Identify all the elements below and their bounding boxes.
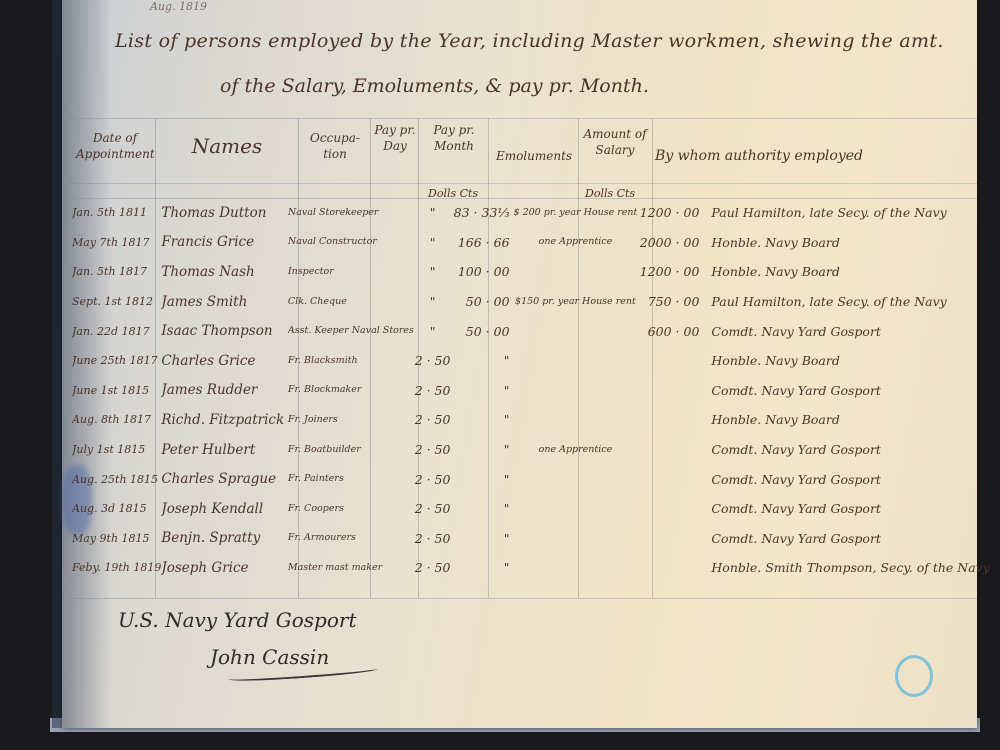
cell-name: James Rudder — [161, 376, 288, 406]
cell-emoluments: $150 pr. year House rent — [514, 287, 638, 317]
table-row: Aug. 3d 1815Joseph KendallFr. Coopers2 ·… — [72, 494, 1000, 524]
table-row: July 1st 1815Peter HulbertFr. Boatbuilde… — [72, 435, 1000, 465]
employee-table: Jan. 5th 1811Thomas DuttonNaval Storekee… — [72, 198, 1000, 583]
cell-emoluments — [514, 494, 638, 524]
cell-salary — [637, 553, 705, 583]
cell-authority: Comdt. Navy Yard Gosport — [705, 494, 1000, 524]
cell-occupation: Master mast maker — [288, 553, 414, 583]
table-row: Jan. 5th 1817Thomas NashInspector"100 · … — [72, 257, 1000, 287]
cell-name: Benjn. Spratty — [161, 524, 288, 554]
cell-name: Joseph Kendall — [161, 494, 288, 524]
cell-date: May 7th 1817 — [72, 228, 161, 258]
cell-date: June 25th 1817 — [72, 346, 161, 376]
cell-occupation: Fr. Painters — [288, 464, 414, 494]
cell-authority: Honble. Navy Board — [705, 405, 1000, 435]
header-occupation: Occupa-tion — [302, 130, 368, 162]
cell-pay-day: 2 · 50 — [414, 346, 451, 376]
cell-salary — [637, 524, 705, 554]
cell-salary — [637, 376, 705, 406]
cell-authority: Comdt. Navy Yard Gosport — [705, 524, 1000, 554]
cell-occupation: Naval Constructor — [288, 228, 414, 258]
header-names: Names — [160, 138, 294, 154]
cell-occupation: Fr. Armourers — [288, 524, 414, 554]
cell-name: James Smith — [161, 287, 288, 317]
cell-salary: 1200 · 00 — [637, 198, 705, 228]
document-title-line1: List of persons employed by the Year, in… — [115, 30, 944, 52]
cell-pay-month: " — [451, 494, 513, 524]
cell-date: Sept. 1st 1812 — [72, 287, 161, 317]
cell-authority: Comdt. Navy Yard Gosport — [705, 464, 1000, 494]
cell-salary: 2000 · 00 — [637, 228, 705, 258]
cell-pay-day: " — [414, 257, 451, 287]
cell-pay-day: 2 · 50 — [414, 553, 451, 583]
cell-authority: Comdt. Navy Yard Gosport — [705, 316, 1000, 346]
cell-emoluments — [514, 346, 638, 376]
cell-date: Aug. 3d 1815 — [72, 494, 161, 524]
cell-salary: 1200 · 00 — [637, 257, 705, 287]
cell-pay-month: 50 · 00 — [451, 316, 513, 346]
cell-name: Joseph Grice — [161, 553, 288, 583]
cell-authority: Honble. Smith Thompson, Secy. of the Nav… — [705, 553, 1000, 583]
document-title-line2: of the Salary, Emoluments, & pay pr. Mon… — [220, 75, 649, 97]
table-row: May 7th 1817Francis GriceNaval Construct… — [72, 228, 1000, 258]
table-row: Aug. 25th 1815Charles SpragueFr. Painter… — [72, 464, 1000, 494]
signature-place: U.S. Navy Yard Gosport — [118, 608, 356, 632]
cell-pay-month: " — [451, 346, 513, 376]
cell-date: May 9th 1815 — [72, 524, 161, 554]
cell-emoluments — [514, 553, 638, 583]
header-emoluments: Emoluments — [490, 148, 578, 164]
cell-emoluments: one Apprentice — [514, 228, 638, 258]
table-row: May 9th 1815Benjn. SprattyFr. Armourers2… — [72, 524, 1000, 554]
cell-emoluments — [514, 464, 638, 494]
header-authority: By whom authority employed — [655, 148, 905, 164]
cell-name: Thomas Dutton — [161, 198, 288, 228]
cell-date: Aug. 8th 1817 — [72, 405, 161, 435]
cell-pay-day: 2 · 50 — [414, 494, 451, 524]
ruled-line — [62, 118, 977, 119]
cell-authority: Honble. Navy Board — [705, 257, 1000, 287]
cell-pay-month: " — [451, 553, 513, 583]
date-note: Aug. 1819 — [150, 0, 207, 13]
cell-occupation: Clk. Cheque — [288, 287, 414, 317]
cell-emoluments: $ 200 pr. year House rent — [514, 198, 638, 228]
cell-salary — [637, 435, 705, 465]
cell-name: Peter Hulbert — [161, 435, 288, 465]
ruled-line — [62, 598, 977, 599]
cell-pay-month: " — [451, 376, 513, 406]
cell-authority: Paul Hamilton, late Secy. of the Navy — [705, 198, 1000, 228]
archive-stamp-icon — [895, 655, 933, 697]
cell-name: Thomas Nash — [161, 257, 288, 287]
table-row: Aug. 8th 1817Richd. FitzpatrickFr. Joine… — [72, 405, 1000, 435]
cell-salary: 750 · 00 — [637, 287, 705, 317]
cell-occupation: Fr. Joiners — [288, 405, 414, 435]
cell-pay-day: 2 · 50 — [414, 435, 451, 465]
cell-emoluments — [514, 524, 638, 554]
cell-pay-day: " — [414, 316, 451, 346]
cell-occupation: Fr. Blockmaker — [288, 376, 414, 406]
cell-emoluments — [514, 257, 638, 287]
cell-date: July 1st 1815 — [72, 435, 161, 465]
cell-pay-day: 2 · 50 — [414, 405, 451, 435]
signature-name: John Cassin — [210, 645, 329, 669]
table-row: Feby. 19th 1819Joseph GriceMaster mast m… — [72, 553, 1000, 583]
cell-pay-month: 166 · 66 — [451, 228, 513, 258]
cell-authority: Comdt. Navy Yard Gosport — [705, 435, 1000, 465]
ruled-line — [62, 183, 977, 184]
table-row: June 25th 1817Charles GriceFr. Blacksmit… — [72, 346, 1000, 376]
cell-date: Feby. 19th 1819 — [72, 553, 161, 583]
cell-date: Jan. 22d 1817 — [72, 316, 161, 346]
cell-salary — [637, 494, 705, 524]
cell-occupation: Naval Storekeeper — [288, 198, 414, 228]
cell-name: Charles Grice — [161, 346, 288, 376]
cell-authority: Paul Hamilton, late Secy. of the Navy — [705, 287, 1000, 317]
cell-pay-month: 50 · 00 — [451, 287, 513, 317]
cell-date: June 1st 1815 — [72, 376, 161, 406]
cell-pay-month: 100 · 00 — [451, 257, 513, 287]
table-row: Sept. 1st 1812James SmithClk. Cheque"50 … — [72, 287, 1000, 317]
cell-occupation: Fr. Coopers — [288, 494, 414, 524]
cell-salary — [637, 346, 705, 376]
header-salary: Amount of Salary — [580, 126, 650, 158]
cell-emoluments — [514, 316, 638, 346]
cell-date: Jan. 5th 1811 — [72, 198, 161, 228]
cell-emoluments: one Apprentice — [514, 435, 638, 465]
cell-authority: Comdt. Navy Yard Gosport — [705, 376, 1000, 406]
header-pay-day: Pay pr. Day — [374, 122, 416, 154]
cell-name: Isaac Thompson — [161, 316, 288, 346]
cell-name: Richd. Fitzpatrick — [161, 405, 288, 435]
cell-pay-day: " — [414, 198, 451, 228]
cell-date: Jan. 5th 1817 — [72, 257, 161, 287]
cell-name: Francis Grice — [161, 228, 288, 258]
cell-salary — [637, 464, 705, 494]
cell-pay-month: " — [451, 435, 513, 465]
header-date: Date of Appointment — [76, 130, 154, 162]
cell-occupation: Fr. Blacksmith — [288, 346, 414, 376]
cell-name: Charles Sprague — [161, 464, 288, 494]
cell-salary: 600 · 00 — [637, 316, 705, 346]
cell-authority: Honble. Navy Board — [705, 346, 1000, 376]
cell-pay-month: " — [451, 405, 513, 435]
header-pay-month: Pay pr. Month — [422, 122, 486, 154]
cell-occupation: Fr. Boatbuilder — [288, 435, 414, 465]
cell-pay-day: 2 · 50 — [414, 524, 451, 554]
cell-pay-day: 2 · 50 — [414, 376, 451, 406]
table-row: June 1st 1815James RudderFr. Blockmaker2… — [72, 376, 1000, 406]
cell-pay-month: 83 · 33⅓ — [451, 198, 513, 228]
cell-salary — [637, 405, 705, 435]
cell-authority: Honble. Navy Board — [705, 228, 1000, 258]
cell-pay-month: " — [451, 524, 513, 554]
cell-pay-month: " — [451, 464, 513, 494]
cell-occupation: Asst. Keeper Naval Stores — [288, 316, 414, 346]
table-row: Jan. 5th 1811Thomas DuttonNaval Storekee… — [72, 198, 1000, 228]
cell-pay-day: 2 · 50 — [414, 464, 451, 494]
cell-pay-day: " — [414, 287, 451, 317]
cell-date: Aug. 25th 1815 — [72, 464, 161, 494]
cell-pay-day: " — [414, 228, 451, 258]
table-row: Jan. 22d 1817Isaac ThompsonAsst. Keeper … — [72, 316, 1000, 346]
cell-emoluments — [514, 405, 638, 435]
cell-occupation: Inspector — [288, 257, 414, 287]
cell-emoluments — [514, 376, 638, 406]
